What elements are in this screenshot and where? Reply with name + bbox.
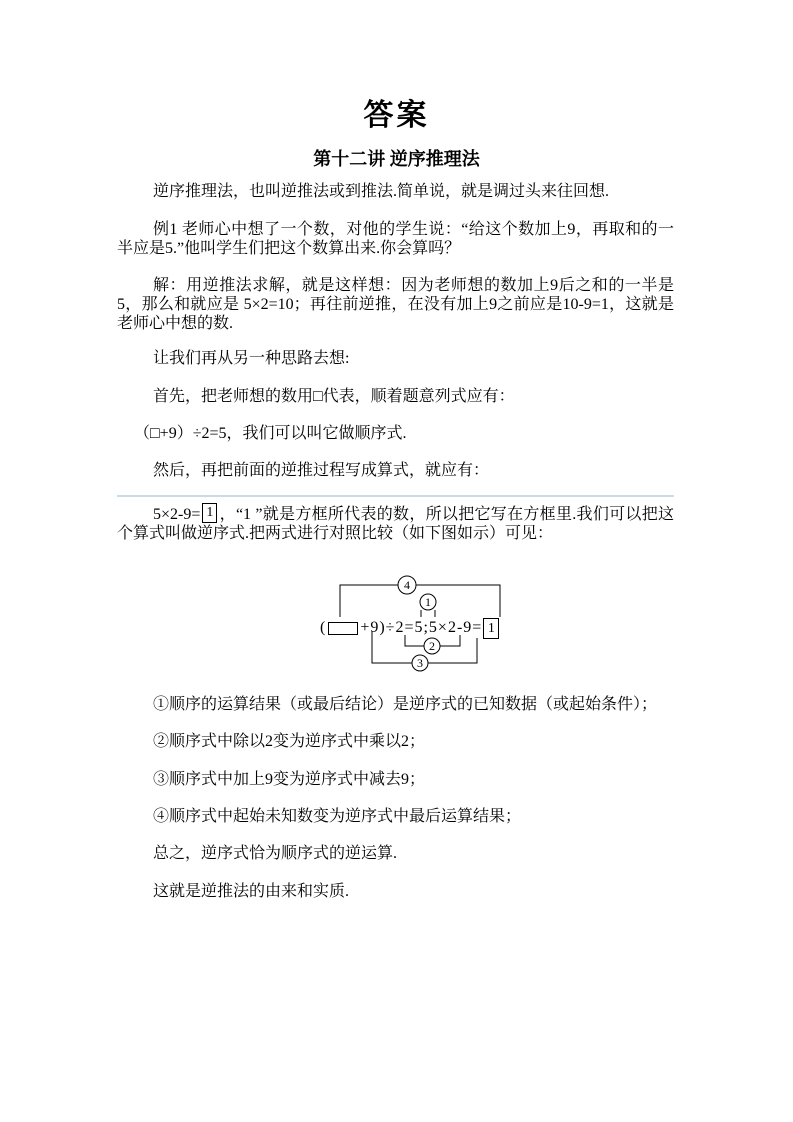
note-item-4: ④顺序式中起始未知数变为逆序式中最后运算结果； [117, 807, 674, 826]
formula-body: +9)÷2=5;5×2-9= [360, 619, 482, 637]
diagram-unknown-box [328, 622, 358, 635]
paragraph-another-way: 让我们再从另一种思路去想: [117, 349, 674, 368]
marker-label-1: 1 [425, 595, 431, 609]
note-item-2: ②顺序式中除以2变为逆序式中乘以2； [117, 732, 674, 751]
paragraph-then-step: 然后，再把前面的逆推过程写成算式，就应有： [117, 461, 674, 480]
comparison-diagram: 4 1 2 3 ( +9)÷2=5;5×2-9= 1 [318, 572, 518, 680]
boxed-answer: 1 [202, 503, 217, 523]
marker-label-3: 3 [417, 656, 423, 670]
section-divider [117, 495, 674, 497]
paragraph-example1: 例1 老师心中想了一个数，对他的学生说：“给这个数加上9，再取和的一半应是5.”… [117, 220, 674, 258]
paragraph-forward-formula: （□+9）÷2=5，我们可以叫它做顺序式. [117, 424, 674, 443]
paragraph-first-step: 首先，把老师想的数用□代表，顺着题意列式应有： [117, 387, 674, 406]
reverse-formula-prefix: 5×2-9= [153, 506, 200, 523]
marker-label-4: 4 [404, 578, 410, 592]
reverse-formula-suffix: ，“1 ”就是方框所代表的数，所以把它写在方框里.我们可以把这个算式叫做逆序式.… [117, 506, 674, 542]
diagram-result-box: 1 [483, 618, 499, 639]
diagram-formula: ( +9)÷2=5;5×2-9= 1 [320, 616, 499, 640]
lesson-subtitle: 第十二讲 逆序推理法 [0, 145, 793, 171]
marker-label-2: 2 [429, 639, 435, 653]
paragraph-reverse-formula: 5×2-9=1，“1 ”就是方框所代表的数，所以把它写在方框里.我们可以把这个算… [117, 503, 674, 543]
paragraph-summary: 总之，逆序式恰为顺序式的逆运算. [117, 844, 674, 863]
note-item-1: ①顺序的运算结果（或最后结论）是逆序式的已知数据（或起始条件）； [117, 695, 674, 714]
note-item-3: ③顺序式中加上9变为逆序式中减去9； [117, 770, 674, 789]
paragraph-solution: 解：用逆推法求解，就是这样想：因为老师想的数加上9后之和的一半是5，那么和就应是… [117, 276, 674, 333]
paragraph-final: 这就是逆推法的由来和实质. [117, 882, 674, 901]
formula-open-paren: ( [320, 619, 326, 637]
paragraph-intro: 逆序推理法，也叫逆推法或到推法.简单说，就是调过头来往回想. [117, 182, 674, 201]
page-title: 答案 [0, 90, 793, 134]
document-page: 答案 第十二讲 逆序推理法 逆序推理法，也叫逆推法或到推法.简单说，就是调过头来… [0, 0, 793, 1122]
